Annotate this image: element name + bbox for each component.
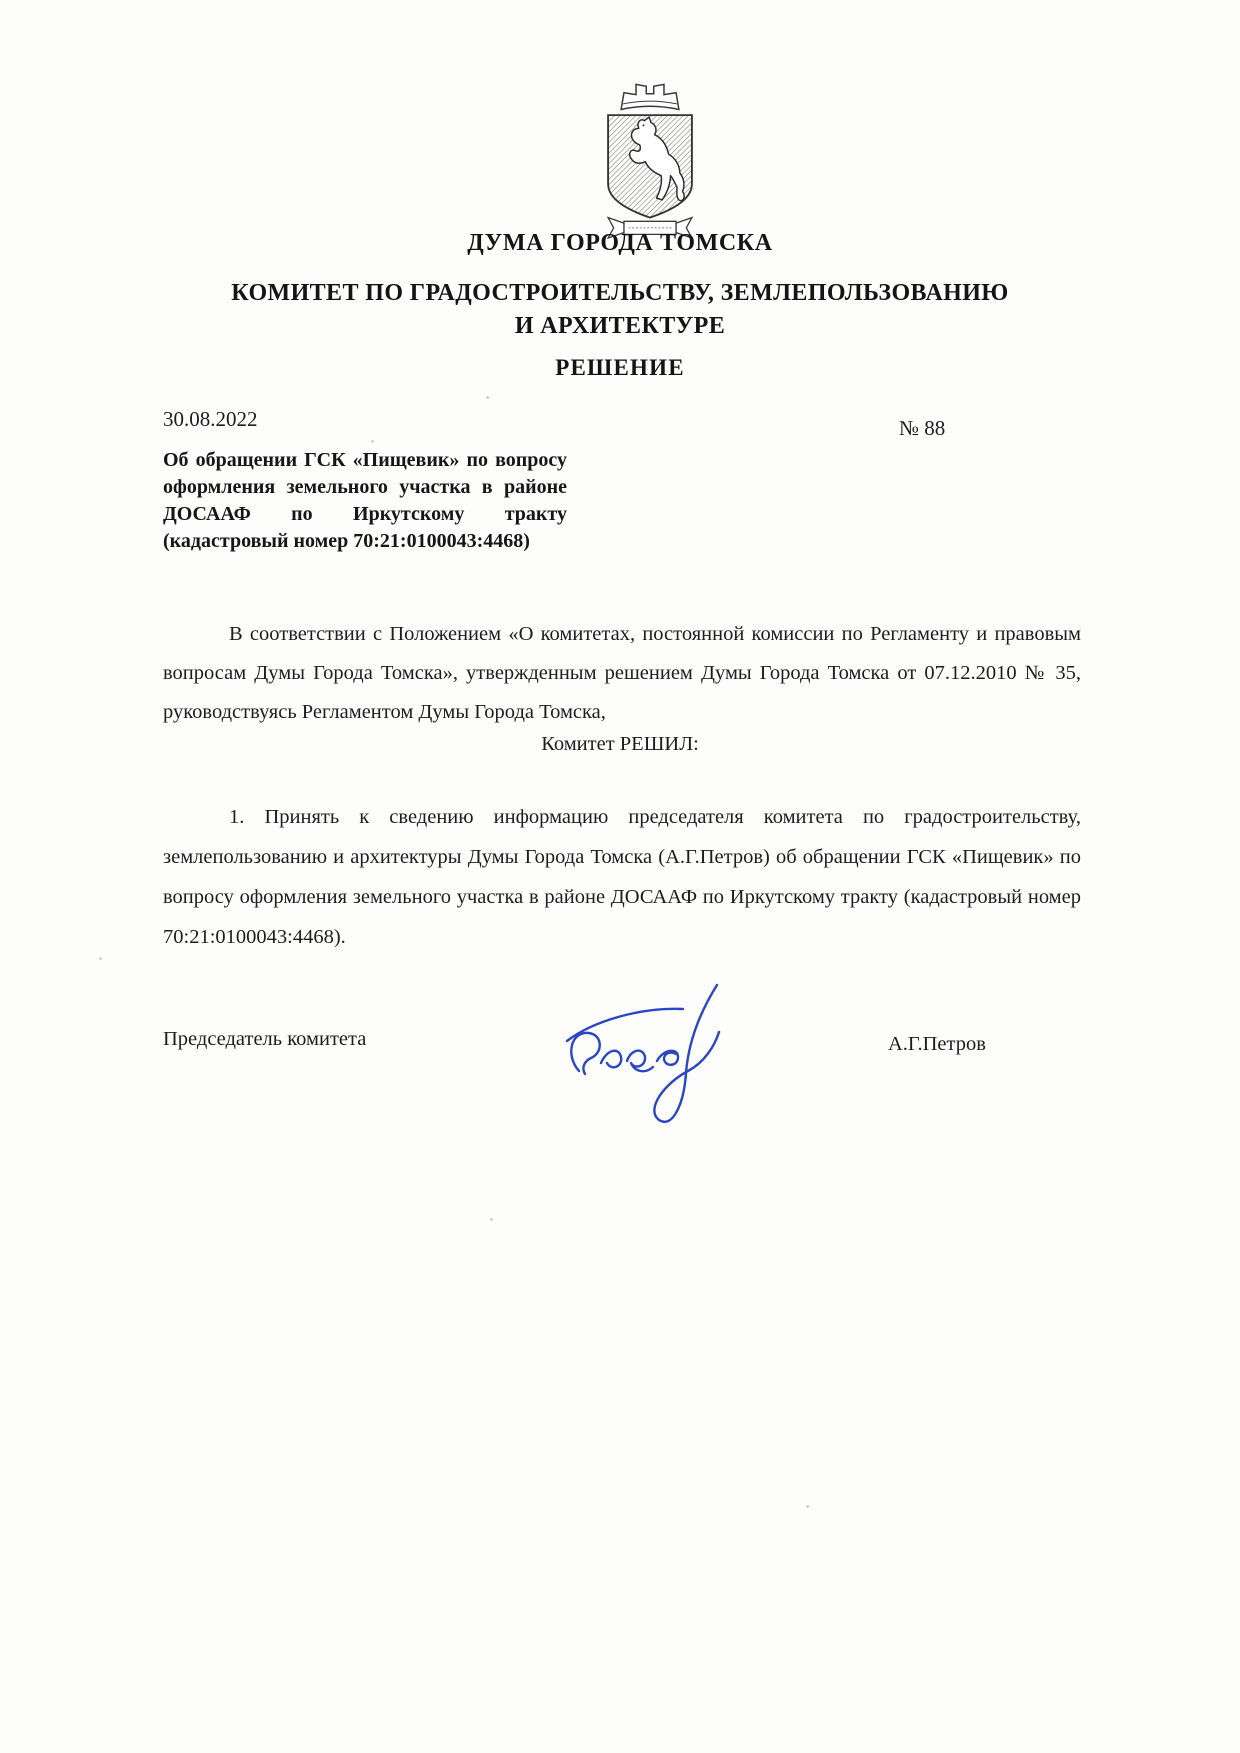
document-number: № 88 bbox=[899, 416, 945, 441]
scan-speck bbox=[99, 957, 102, 960]
preamble-paragraph: В соответствии с Положением «О комитетах… bbox=[163, 615, 1081, 732]
resolution-heading: Комитет РЕШИЛ: bbox=[0, 733, 1240, 756]
scan-speck bbox=[806, 1505, 809, 1508]
committee-title: КОМИТЕТ ПО ГРАДОСТРОИТЕЛЬСТВУ, ЗЕМЛЕПОЛЬ… bbox=[0, 277, 1240, 343]
document-type-heading: РЕШЕНИЕ bbox=[0, 355, 1240, 381]
committee-title-line-1: КОМИТЕТ ПО ГРАДОСТРОИТЕЛЬСТВУ, ЗЕМЛЕПОЛЬ… bbox=[0, 277, 1240, 310]
scan-speck bbox=[371, 440, 374, 443]
handwritten-signature-icon bbox=[545, 975, 770, 1140]
decision-item-1: 1. Принять к сведению информацию председ… bbox=[163, 797, 1081, 957]
tomsk-coat-of-arms-icon bbox=[580, 76, 720, 239]
scan-speck bbox=[490, 1218, 493, 1221]
signatory-position-label: Председатель комитета bbox=[163, 1028, 366, 1051]
document-page: ДУМА ГОРОДА ТОМСКА КОМИТЕТ ПО ГРАДОСТРОИ… bbox=[0, 0, 1240, 1753]
scan-speck bbox=[486, 396, 489, 399]
organization-title: ДУМА ГОРОДА ТОМСКА bbox=[0, 230, 1240, 257]
document-subject: Об обращении ГСК «Пищевик» по вопросу оф… bbox=[163, 447, 567, 555]
signatory-name: А.Г.Петров bbox=[888, 1033, 986, 1056]
document-date: 30.08.2022 bbox=[163, 407, 258, 432]
committee-title-line-2: И АРХИТЕКТУРЕ bbox=[0, 310, 1240, 343]
mural-crown-icon bbox=[621, 84, 679, 109]
